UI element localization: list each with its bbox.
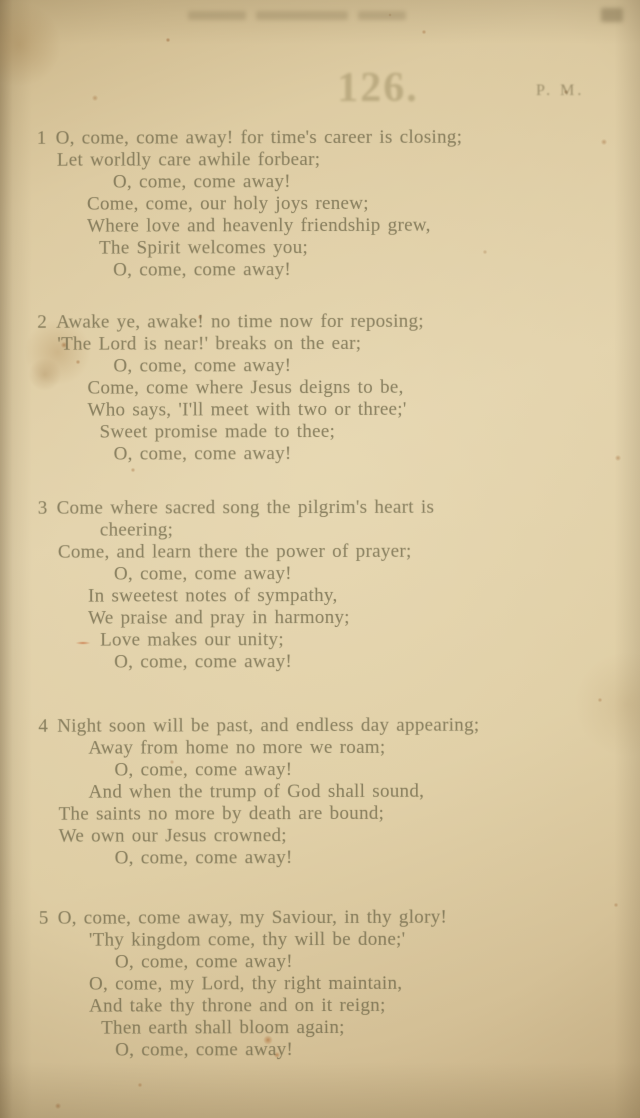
stanza-line: O, come, come away! <box>115 950 611 973</box>
stanza-line: In sweetest notes of sympathy, <box>88 584 610 607</box>
stanza-line: And when the trump of God shall sound, <box>88 780 610 803</box>
verse-number: 4 <box>38 716 48 737</box>
stanza-line: O, come, come away! <box>114 442 610 465</box>
stanza-line: The Spirit welcomes you; <box>99 236 609 259</box>
stanza-line: Come, come where Jesus deigns to be, <box>87 376 609 399</box>
stanza-line: O, come, come away! <box>114 650 610 673</box>
stanza: 1O, come, come away! for time's career i… <box>37 126 609 281</box>
stanza-line: O, come, come away! <box>115 1038 611 1061</box>
stanza-line: And take thy throne and on it reign; <box>89 994 611 1017</box>
stanza-line: Let worldly care awhile forbear; <box>57 148 609 171</box>
stanza-line: O, come, come away! <box>114 562 610 585</box>
header-ghost-word <box>358 11 406 20</box>
verse-number: 1 <box>37 128 47 149</box>
hymn-text-block: 1O, come, come away! for time's career i… <box>37 126 611 1061</box>
stanza-first-line: 3Come where sacred song the pilgrim's he… <box>38 496 610 519</box>
stanza-first-line: 5O, come, come away, my Saviour, in thy … <box>39 906 611 929</box>
stanza: 4Night soon will be past, and endless da… <box>38 714 610 869</box>
stanza-line: Away from home no more we roam; <box>88 736 610 759</box>
stanza-line: Then earth shall bloom again; <box>101 1016 611 1039</box>
verse-number: 2 <box>37 312 47 333</box>
stanza: 2Awake ye, awake! no time now for reposi… <box>37 310 609 465</box>
stanza-line: O, come, come away! <box>113 354 609 377</box>
stanza-line: O, come, my Lord, thy right maintain, <box>89 972 611 995</box>
stanza: 5O, come, come away, my Saviour, in thy … <box>39 906 611 1061</box>
stanza-line: 'The Lord is near!' breaks on the ear; <box>57 332 609 355</box>
stanza: 3Come where sacred song the pilgrim's he… <box>38 496 610 673</box>
header-ghost-word <box>256 11 348 20</box>
stanza-line: O, come, come away! <box>113 258 609 281</box>
stanza-line: Where love and heavenly friendship grew, <box>87 214 609 237</box>
stanza-line: O, come, come away! <box>113 170 609 193</box>
stanza-line: Who says, 'I'll meet with two or three;' <box>87 398 609 421</box>
stanza-line: cheering; <box>100 518 610 541</box>
stanza-first-line: 1O, come, come away! for time's career i… <box>37 126 609 149</box>
stanza-line: 'Thy kingdom come, thy will be done;' <box>89 928 611 951</box>
stanza-line: We praise and pray in harmony; <box>88 606 610 629</box>
stanza-line: O, come, come away! <box>114 758 610 781</box>
stanza-line: Love makes our unity; <box>100 628 610 651</box>
verse-number: 5 <box>39 908 49 929</box>
stanza-line: Come, come, our holy joys renew; <box>87 192 609 215</box>
stanza-line: The saints no more by death are bound; <box>59 802 611 825</box>
header-ghost-word <box>188 11 246 20</box>
meter-designation: P. M. <box>536 82 584 100</box>
stanza-line: Come, and learn there the power of praye… <box>58 540 610 563</box>
stanza-first-line: 2Awake ye, awake! no time now for reposi… <box>37 310 609 333</box>
verse-number: 3 <box>38 498 48 519</box>
page-number-ghost <box>601 8 623 22</box>
stanza-first-line: 4Night soon will be past, and endless da… <box>38 714 610 737</box>
stanza-line: We own our Jesus crowned; <box>59 824 611 847</box>
stanza-line: Sweet promise made to thee; <box>100 420 610 443</box>
running-header-ghost <box>188 9 423 22</box>
stanza-line: O, come, come away! <box>115 846 611 869</box>
